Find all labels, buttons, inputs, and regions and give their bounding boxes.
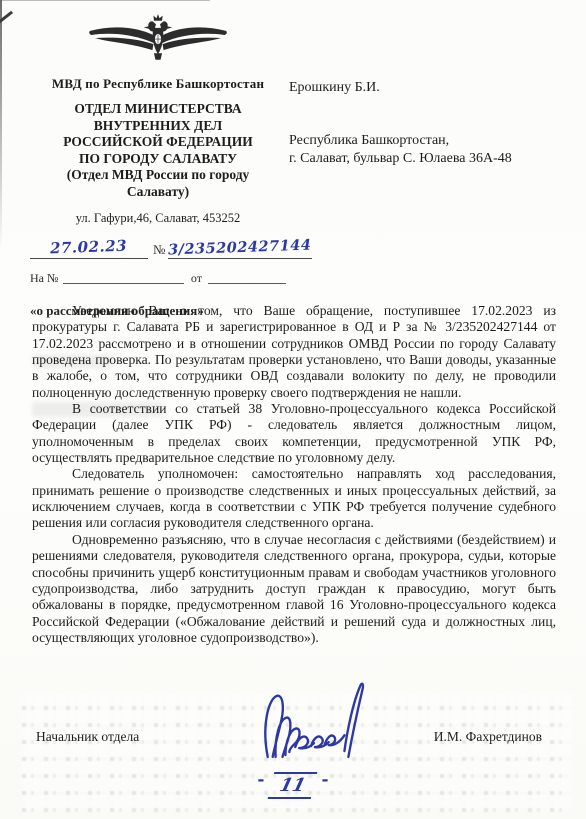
mvd-double-headed-eagle-emblem	[87, 10, 229, 66]
handwritten-number: 3/235202427144	[168, 237, 312, 259]
letterhead: МВД по Республике Башкортостан ОТДЕЛ МИН…	[30, 10, 286, 319]
incoming-number-blank	[63, 271, 183, 284]
body-paragraph: Следователь уполномочен: самостоятельно …	[32, 466, 556, 531]
body-paragraph: Уведомляю Вас о том, что Ваше обращение,…	[32, 303, 556, 401]
letter-body: Уведомляю Вас о том, что Ваше обращение,…	[32, 303, 556, 646]
incoming-reference-row: На № от	[30, 271, 286, 286]
body-paragraph: Одновременно разъясняю, что в случае нес…	[32, 532, 556, 646]
signer-name: И.М. Фахретдинов	[434, 729, 542, 745]
outgoing-number-field: 3/235202427144	[168, 239, 311, 259]
department-name: ОТДЕЛ МИНИСТЕРСТВА ВНУТРЕННИХ ДЕЛ РОССИЙ…	[30, 101, 286, 167]
recipient-address-line1: Республика Башкортостан,	[289, 133, 565, 149]
handwritten-page-mark: -11-	[0, 770, 586, 799]
incoming-date-blank	[208, 271, 286, 284]
recipient-name: Ерошкину Б.И.	[289, 80, 565, 96]
incoming-from-label: от	[191, 271, 202, 286]
body-paragraph: В соответствии со статьей 38 Уголовно-пр…	[32, 401, 556, 466]
outgoing-date-field: 27.02.23	[30, 238, 148, 259]
department-address: ул. Гафури,46, Салават, 453252	[30, 211, 286, 226]
recipient-block: Ерошкину Б.И. Республика Башкортостан, г…	[289, 80, 565, 167]
scanned-letter-page: МВД по Республике Башкортостан ОТДЕЛ МИН…	[0, 0, 586, 819]
department-short-name: (Отдел МВД России по городу Салавату)	[30, 167, 286, 200]
scan-edge-left-line	[0, 0, 2, 250]
incoming-number-label: На №	[30, 271, 58, 286]
page-mark-dash: -	[257, 770, 264, 790]
handwritten-date: 27.02.23	[50, 237, 128, 258]
signer-position-title: Начальник отдела	[36, 729, 139, 745]
number-sign: №	[153, 242, 165, 258]
scan-edge-top-line	[0, 0, 210, 1]
outgoing-date-row: 27.02.23 № 3/235202427144	[30, 238, 286, 259]
handwritten-signature	[252, 676, 370, 770]
recipient-address-line2: г. Салават, бульвар С. Юлаева 36А-48	[289, 151, 565, 167]
ministry-name: МВД по Республике Башкортостан	[30, 76, 286, 92]
page-mark-number: 11	[268, 772, 318, 799]
page-mark-dash: -	[322, 770, 329, 790]
